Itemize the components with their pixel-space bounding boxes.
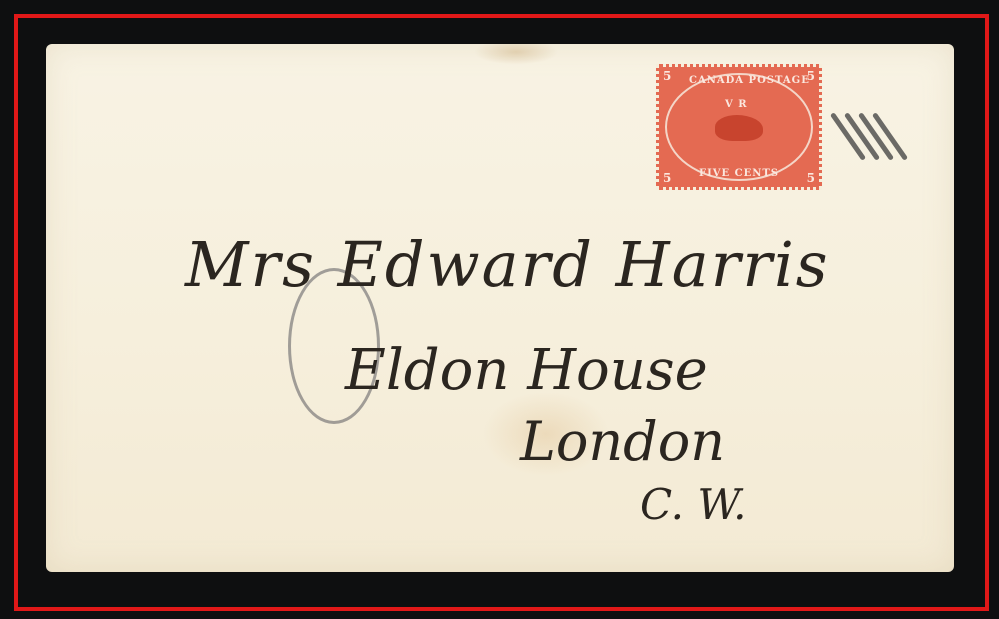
stamp-monogram: V R [725,99,748,110]
beaver-icon [715,115,763,141]
postage-stamp: CANADA POSTAGE V R FIVE CENTS 5 5 5 5 [656,64,822,190]
address-line-name: Mrs Edward Harris [185,228,830,301]
stamp-top-text: CANADA POSTAGE [689,75,810,86]
address-line-region: C. W. [640,480,747,529]
grid-cancel-mark [820,104,890,194]
stamp-corner-denomination: 5 [663,69,671,83]
address-line-house: Eldon House [345,338,708,403]
stamp-corner-denomination: 5 [807,69,815,83]
address-line-city: London [520,410,725,473]
stamp-bottom-text: FIVE CENTS [699,168,779,179]
stamp-corner-denomination: 5 [663,171,671,185]
stamp-corner-denomination: 5 [807,171,815,185]
